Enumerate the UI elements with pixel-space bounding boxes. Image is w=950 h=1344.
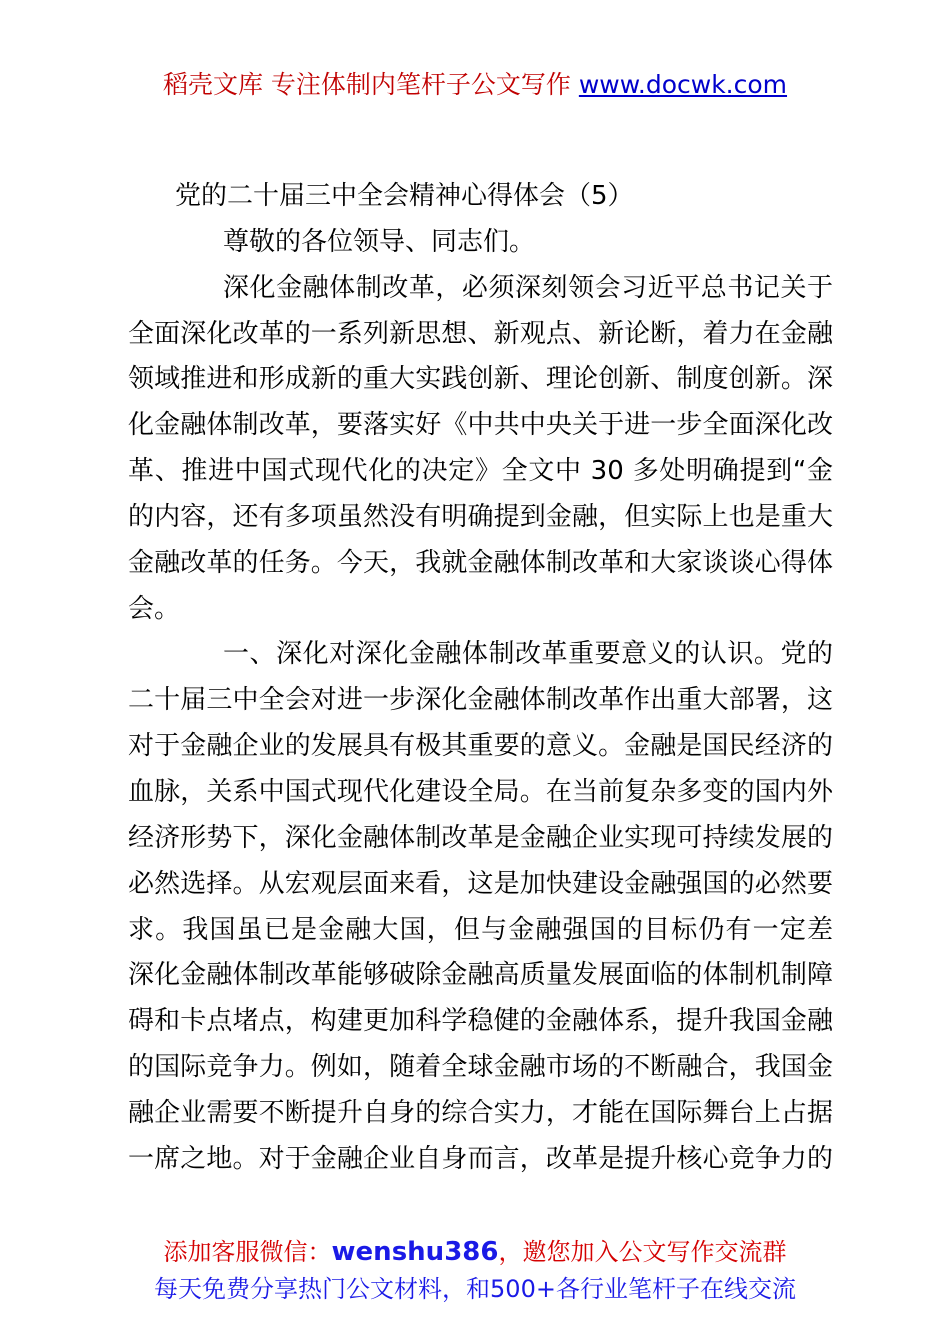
text-line: 领域推进和形成新的重大实践创新、理论创新、制度创新。深 xyxy=(128,357,833,403)
text-line: 的内容，还有多项虽然没有明确提到金融，但实际上也是重大 xyxy=(128,495,833,541)
document-page: 稻壳文库 专注体制内笔杆子公文写作 www.docwk.com 党的二十届三中全… xyxy=(0,0,950,1344)
doc-title: 党的二十届三中全会精神心得体会（5） xyxy=(128,174,833,220)
text-line: 革、推进中国式现代化的决定》全文中 30 多处明确提到“金融” xyxy=(128,449,833,495)
footer-line-1: 添加客服微信：wenshu386，邀您加入公文写作交流群 xyxy=(0,1234,950,1271)
text-line: 金融改革的任务。今天，我就金融体制改革和大家谈谈心得体 xyxy=(128,541,833,587)
text-line: 经济形势下，深化金融体制改革是金融企业实现可持续发展的 xyxy=(128,816,833,862)
text-line: 会。 xyxy=(128,587,833,633)
footer-promo: 添加客服微信：wenshu386，邀您加入公文写作交流群 每天免费分享热门公文材… xyxy=(0,1234,950,1308)
text-line: 的国际竞争力。例如，随着全球金融市场的不断融合，我国金 xyxy=(128,1045,833,1091)
text-line: 一席之地。对于金融企业自身而言，改革是提升核心竞争力的 xyxy=(128,1137,833,1183)
site-link[interactable]: www.docwk.com xyxy=(579,70,787,99)
text-line: 融企业需要不断提升自身的综合实力，才能在国际舞台上占据 xyxy=(128,1091,833,1137)
footer-invite-text: ，邀您加入公文写作交流群 xyxy=(498,1238,786,1266)
header-promo: 稻壳文库 专注体制内笔杆子公文写作 www.docwk.com xyxy=(0,68,950,102)
text-line: 血脉，关系中国式现代化建设全局。在当前复杂多变的国内外 xyxy=(128,770,833,816)
text-line: 二十届三中全会对进一步深化金融体制改革作出重大部署，这 xyxy=(128,678,833,724)
text-line: 深化金融体制改革能够破除金融高质量发展面临的体制机制障 xyxy=(128,953,833,999)
text-line: 全面深化改革的一系列新思想、新观点、新论断，着力在金融 xyxy=(128,312,833,358)
wechat-id: wenshu386 xyxy=(332,1237,499,1267)
text-line: 碍和卡点堵点，构建更加科学稳健的金融体系，提升我国金融 xyxy=(128,999,833,1045)
text-line: 尊敬的各位领导、同志们。 xyxy=(128,220,833,266)
text-line: 求。我国虽已是金融大国，但与金融强国的目标仍有一定差距。 xyxy=(128,908,833,954)
document-body: 党的二十届三中全会精神心得体会（5） 尊敬的各位领导、同志们。 深化金融体制改革… xyxy=(128,174,833,1183)
text-line: 必然选择。从宏观层面来看，这是加快建设金融强国的必然要 xyxy=(128,862,833,908)
text-line: 深化金融体制改革，必须深刻领会习近平总书记关于 xyxy=(128,266,833,312)
text-line: 化金融体制改革，要落实好《中共中央关于进一步全面深化改 xyxy=(128,403,833,449)
footer-line-2: 每天免费分享热门公文材料，和500+各行业笔杆子在线交流 xyxy=(0,1271,950,1308)
footer-contact-label: 添加客服微信： xyxy=(164,1238,332,1266)
text-line: 一、深化对深化金融体制改革重要意义的认识。党的 xyxy=(128,632,833,678)
brand-text: 稻壳文库 专注体制内笔杆子公文写作 xyxy=(163,70,571,99)
text-line: 对于金融企业的发展具有极其重要的意义。金融是国民经济的 xyxy=(128,724,833,770)
